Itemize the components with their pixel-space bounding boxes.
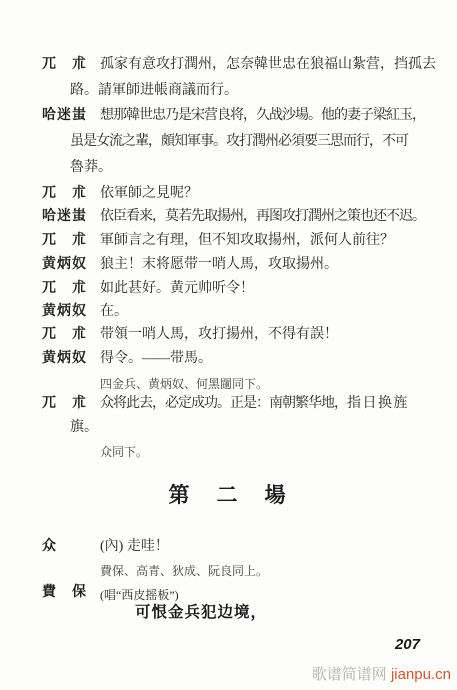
speaker-name: 兀 朮	[42, 395, 87, 413]
script-line: 兀 朮 众将此去，必定成功。正是：南朝繁华地，指 日 换 旌	[0, 395, 457, 413]
stage-direction: 众同下。	[0, 443, 457, 461]
speaker-name: 兀 朮	[42, 326, 87, 344]
script-line: 黄炳奴 得令。——带馬。	[0, 350, 457, 368]
dialogue-text: 旗。	[70, 419, 457, 437]
dialogue-text: 軍師言之有理，但不知攻取揚州，派何人前往？	[100, 232, 457, 250]
script-page: 兀 朮 孤家有意攻打潤州，怎奈韓世忠在狼福山紮营，挡孤去 路。請軍師进帳商議而行…	[0, 0, 457, 690]
aria-note-text: (唱“西皮摇板”)	[100, 584, 457, 604]
watermark-site-name: 歌谱简谱网	[312, 666, 387, 683]
script-line: 兀 朮 軍師言之有理，但不知攻取揚州，派何人前往？	[0, 232, 457, 250]
dialogue-text: 得令。——带馬。	[100, 350, 457, 368]
stage-direction-text: 众同下。	[100, 443, 457, 461]
script-line: 兀 朮 依軍師之見呢？	[0, 185, 457, 203]
speaker-name: 兀 朮	[42, 232, 87, 250]
lyric-text: 可恨金兵犯边境，	[135, 604, 457, 622]
speaker-name: 兀 朮	[42, 185, 87, 203]
dialogue-text: 依臣看来，莫若先取揚州，再图攻打潤州之策也还不迟。	[100, 208, 457, 226]
dialogue-text: 带領一哨人馬，攻打揚州，不得有誤！	[100, 326, 457, 344]
dialogue-text: 如此甚好。黄元帅听令！	[100, 280, 457, 298]
dialogue-text: (內) 走哇！	[100, 538, 457, 556]
speaker-name: 黄炳奴	[42, 256, 87, 274]
speaker-name: 黄炳奴	[42, 350, 87, 368]
script-line: 兀 朮 孤家有意攻打潤州，怎奈韓世忠在狼福山紮营，挡孤去	[0, 56, 457, 74]
stage-direction-text: 四金兵、黄炳奴、何黑闥同下。	[100, 375, 457, 393]
script-line-continuation: 旗。	[0, 419, 457, 437]
script-line: 兀 朮 如此甚好。黄元帅听令！	[0, 280, 457, 298]
script-line: 黄炳奴 在。	[0, 303, 457, 321]
dialogue-text: 虽是女流之輩，頗知軍事。攻打潤州必須要三思而行，不可	[70, 133, 457, 151]
stage-direction-text: 費保、高青、狄成、阮良同上。	[100, 562, 457, 580]
dialogue-text: 依軍師之見呢？	[100, 185, 457, 203]
script-line: 哈迷蚩 想那韓世忠乃是宋营良将，久战沙場。他的妻子梁紅玉，	[0, 107, 457, 125]
script-line: 哈迷蚩 依臣看来，莫若先取揚州，再图攻打潤州之策也还不迟。	[0, 208, 457, 226]
dialogue-text: 众将此去，必定成功。正是：南朝繁华地，指 日 换 旌	[100, 395, 457, 413]
speaker-name: 众	[42, 538, 57, 556]
speaker-name: 哈迷蚩	[42, 107, 87, 125]
stage-direction: 費保、高青、狄成、阮良同上。	[0, 562, 457, 580]
speaker-name: 哈迷蚩	[42, 208, 87, 226]
script-line-continuation: 魯莽。	[0, 159, 457, 177]
stage-direction: 四金兵、黄炳奴、何黑闥同下。	[0, 375, 457, 393]
script-line: 費 保 (唱“西皮摇板”)	[0, 584, 457, 604]
dialogue-text: 孤家有意攻打潤州，怎奈韓世忠在狼福山紮营，挡孤去	[100, 56, 457, 74]
script-line-continuation: 虽是女流之輩，頗知軍事。攻打潤州必須要三思而行，不可	[0, 133, 457, 151]
speaker-name: 兀 朮	[42, 56, 87, 74]
script-line: 众 (內) 走哇！	[0, 538, 457, 556]
dialogue-text: 魯莽。	[70, 159, 457, 177]
speaker-name: 兀 朮	[42, 280, 87, 298]
page-number: 207	[395, 636, 420, 653]
watermark-site-url: jianpu.cn	[391, 666, 451, 683]
dialogue-text: 狼主！末将愿带一哨人馬，攻取揚州。	[100, 256, 457, 274]
speaker-name: 費 保	[42, 584, 87, 602]
dialogue-text: 在。	[100, 303, 457, 321]
speaker-name: 黄炳奴	[42, 303, 87, 321]
dialogue-text: 路。請軍師进帳商議而行。	[70, 82, 457, 100]
dialogue-text: 想那韓世忠乃是宋营良将，久战沙場。他的妻子梁紅玉，	[100, 107, 457, 125]
watermark: 歌谱简谱网 jianpu.cn	[312, 663, 451, 684]
script-line: 兀 朮 带領一哨人馬，攻打揚州，不得有誤！	[0, 326, 457, 344]
script-line: 黄炳奴 狼主！末将愿带一哨人馬，攻取揚州。	[0, 256, 457, 274]
script-line-continuation: 路。請軍師进帳商議而行。	[0, 82, 457, 100]
scene-title: 第 二 場	[0, 486, 457, 504]
sung-lyric-line: 可恨金兵犯边境，	[0, 604, 457, 622]
